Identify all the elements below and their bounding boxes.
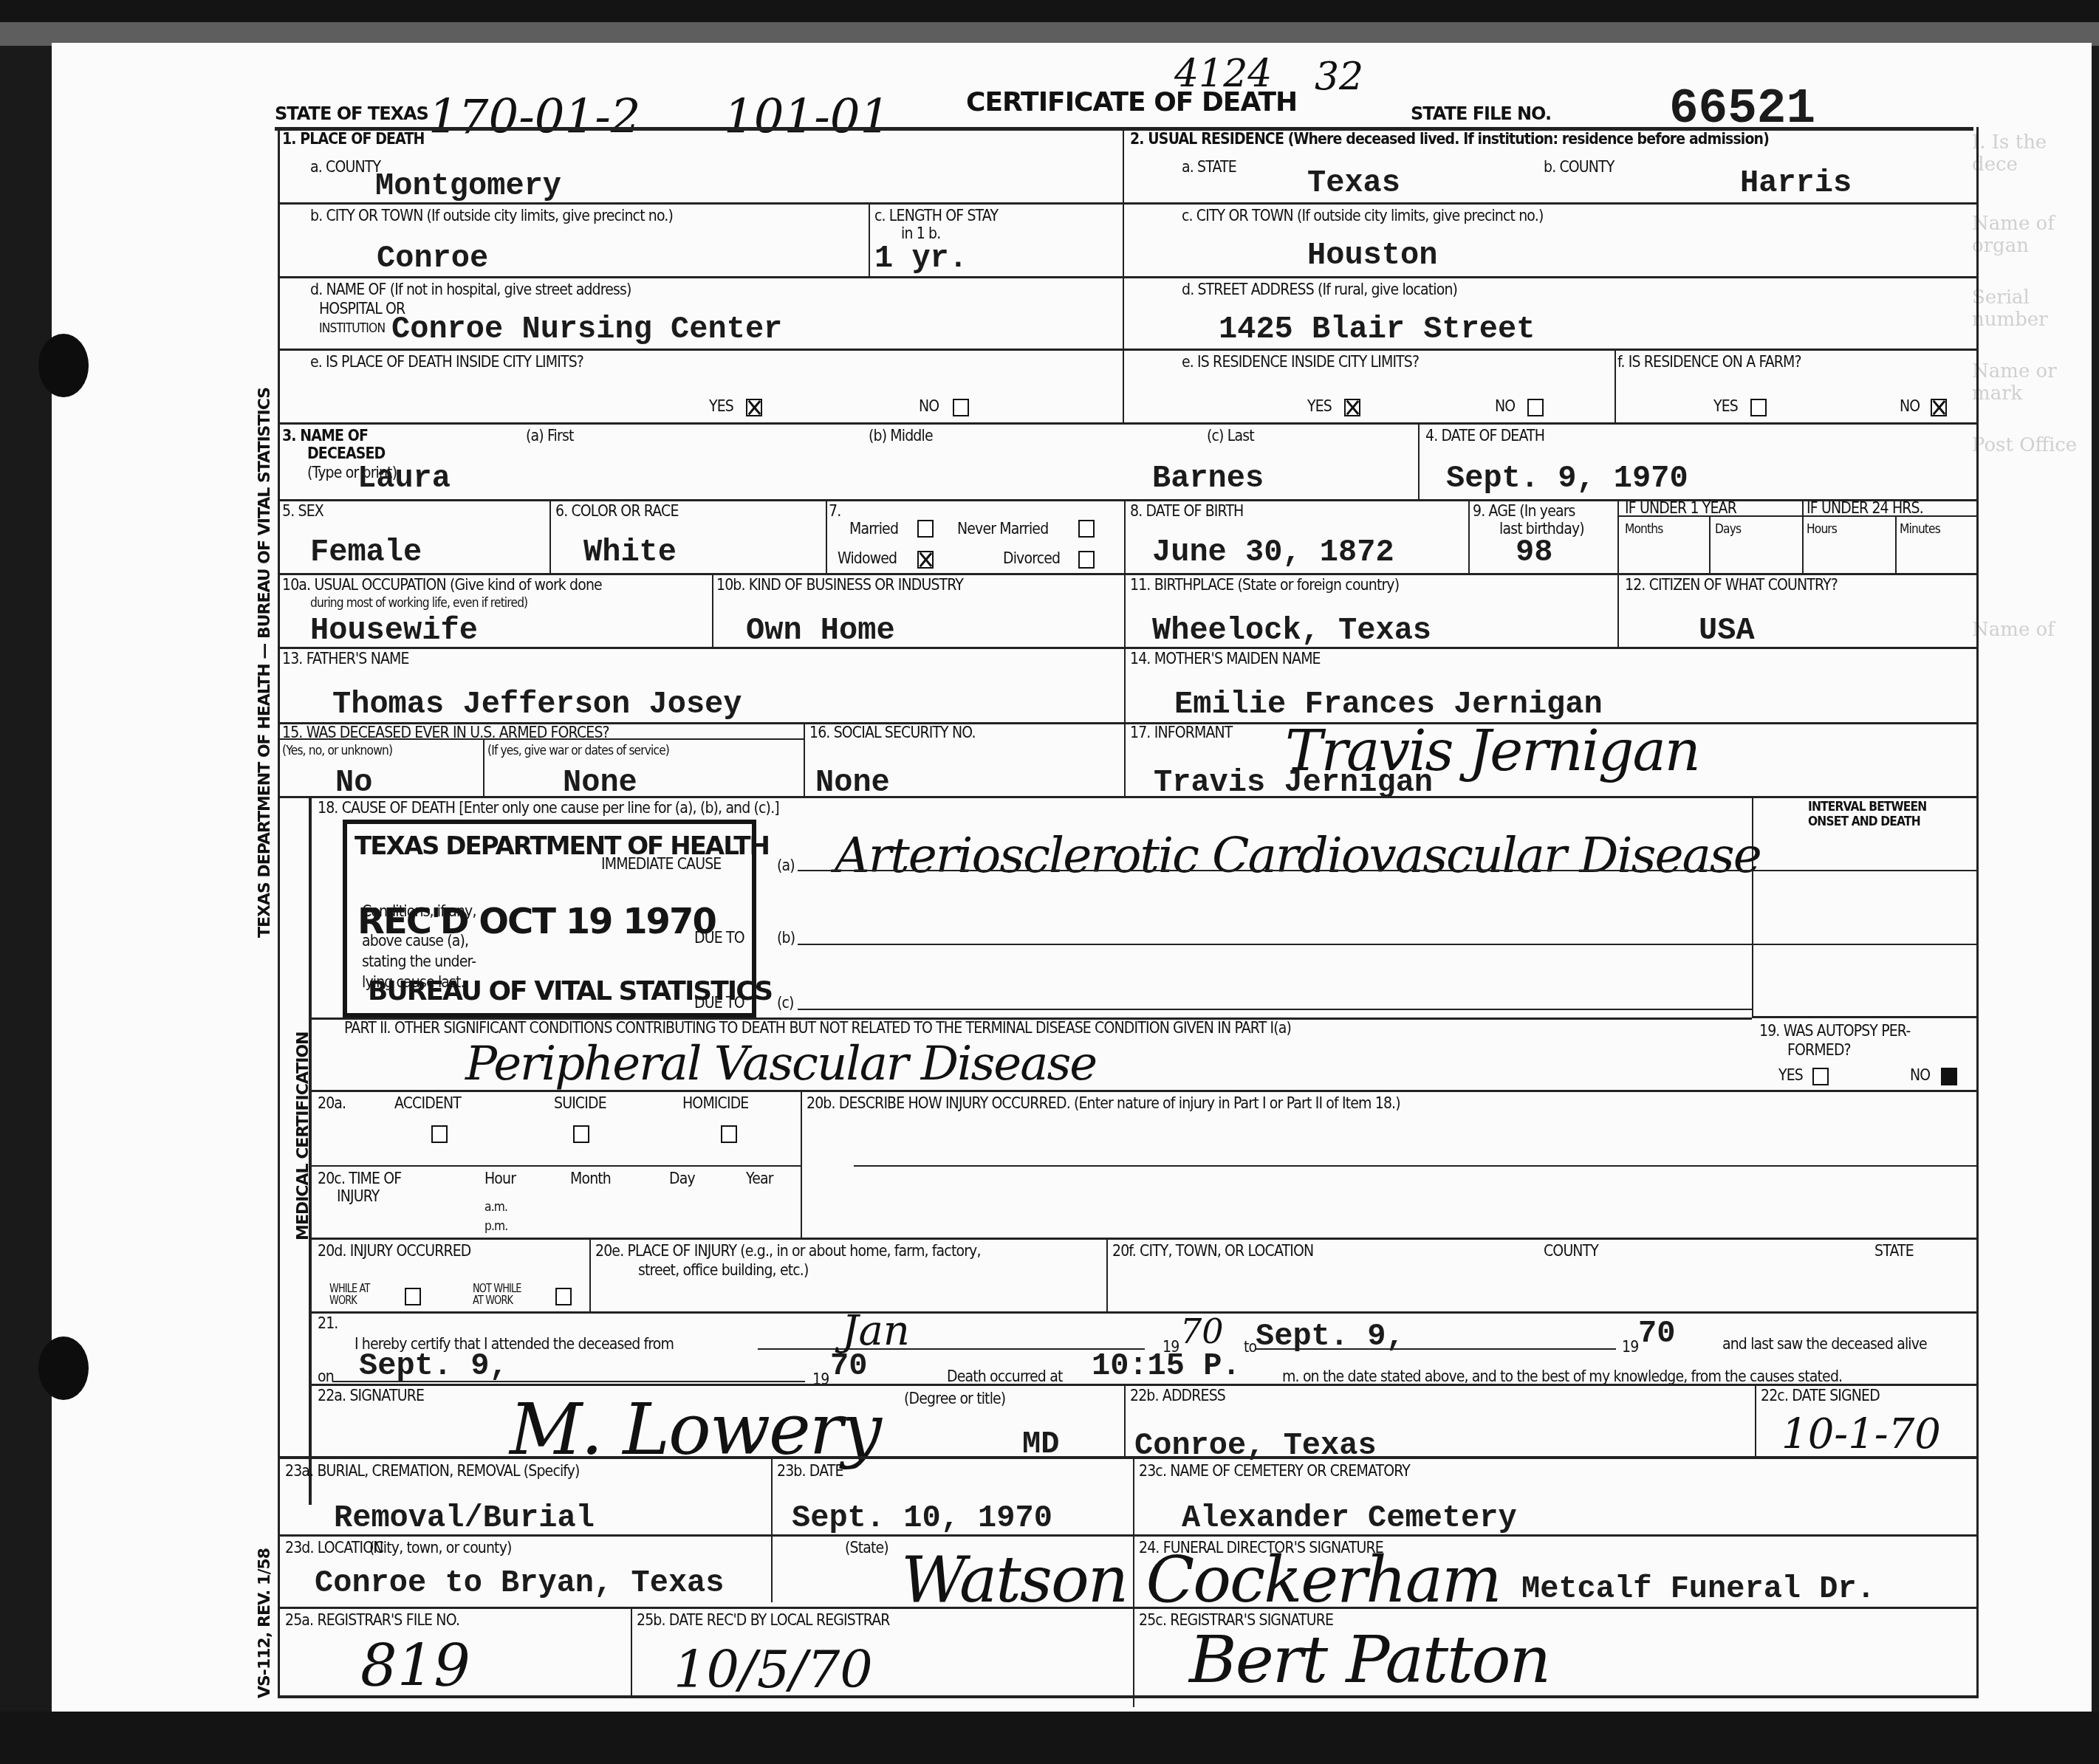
informant-signature: Travis Jernigan [1285, 718, 1699, 783]
value-ssn: None [815, 765, 890, 800]
label-father: 13. FATHER'S NAME [282, 650, 409, 668]
divider [1709, 515, 1711, 573]
value-hospital: Conroe Nursing Center [391, 312, 782, 347]
divider [1124, 647, 1126, 722]
value-res-state: Texas [1307, 165, 1400, 201]
value-last-seen-date: Sept. 9, [359, 1348, 508, 1384]
label-a: (a) [777, 857, 795, 875]
value-father: Thomas Jefferson Josey [332, 687, 742, 722]
side-label-form-id: VS-112, REV. 1/58 [256, 1548, 274, 1698]
label-day: Day [669, 1170, 695, 1188]
registrar-signature: Bert Patton [1189, 1621, 1550, 1698]
label-degree: (Degree or title) [904, 1390, 1005, 1408]
label-marital: 7. [829, 502, 840, 521]
label-20a: 20a. [318, 1094, 346, 1113]
value-armed: No [335, 765, 372, 800]
row-line [279, 738, 804, 740]
handwritten-top-2: 32 [1315, 55, 1363, 99]
label-year: Year [746, 1170, 773, 1188]
value-death-city: Conroe [377, 241, 488, 276]
label-length-of-stay: c. LENGTH OF STAY [874, 207, 998, 225]
value-occupation: Housewife [310, 613, 478, 648]
label-age-1: 9. AGE (In years [1473, 502, 1575, 521]
label-homicide: HOMICIDE [682, 1094, 748, 1113]
checkbox-res-inside-yes[interactable] [1344, 399, 1360, 416]
divider [1124, 1384, 1126, 1456]
divider-section-1-2 [1123, 127, 1124, 422]
divider [1895, 515, 1897, 573]
value-res-city: Houston [1307, 238, 1437, 273]
row-line [279, 422, 1976, 425]
line-b [798, 944, 1752, 945]
label-burial: 23a. BURIAL, CREMATION, REMOVAL (Specify… [285, 1462, 580, 1480]
value-cemetery: Alexander Cemetery [1182, 1500, 1517, 1536]
side-label-department: TEXAS DEPARTMENT OF HEALTH — BUREAU OF V… [256, 388, 274, 938]
label-suicide: SUICIDE [554, 1094, 606, 1113]
label-am: a.m. [484, 1199, 507, 1215]
label-birthplace: 11. BIRTHPLACE (State or foreign country… [1130, 576, 1399, 594]
row-line [279, 1534, 1976, 1537]
value-date-signed: 10-1-70 [1781, 1410, 1941, 1458]
value-birthplace: Wheelock, Texas [1152, 613, 1431, 648]
line-c [798, 1009, 1752, 1010]
label-location: 23d. LOCATION [285, 1539, 383, 1557]
value-mother: Emilie Frances Jernigan [1174, 687, 1603, 722]
divider [1124, 499, 1126, 573]
label-pm: p.m. [484, 1218, 507, 1234]
value-death-county: Montgomery [375, 168, 561, 204]
label-c: (c) [777, 994, 794, 1012]
label-address: 22b. ADDRESS [1130, 1387, 1225, 1405]
row-line [310, 1238, 1976, 1240]
label-registrar-date: 25b. DATE REC'D BY LOCAL REGISTRAR [637, 1611, 890, 1630]
label-minutes: Minutes [1900, 521, 1940, 537]
state-file-label: STATE FILE NO. [1411, 103, 1551, 124]
label-farm: f. IS RESIDENCE ON A FARM? [1617, 353, 1801, 371]
label-no: NO [1900, 397, 1920, 416]
checkbox-autopsy-yes[interactable] [1812, 1068, 1829, 1085]
label-mother: 14. MOTHER'S MAIDEN NAME [1130, 650, 1321, 668]
label-race: 6. COLOR OR RACE [555, 502, 679, 521]
frame-left-line [278, 127, 280, 1698]
checkbox-not-while-at-work[interactable] [555, 1288, 572, 1305]
label-location-state: (State) [845, 1539, 888, 1557]
value-sex: Female [310, 535, 422, 570]
label-armed-sub-1: (Yes, no, or unknown) [282, 743, 392, 758]
row-line [279, 1456, 1976, 1459]
label-widowed: Widowed [838, 549, 897, 568]
label-20b: 20b. DESCRIBE HOW INJURY OCCURRED. (Ente… [807, 1094, 1400, 1113]
divider [1617, 499, 1619, 573]
label-county: a. COUNTY [310, 158, 380, 176]
medical-section-divider [309, 796, 312, 1505]
label-interval-1: INTERVAL BETWEEN [1808, 799, 1926, 814]
label-death-city: b. CITY OR TOWN (If outside city limits,… [310, 207, 673, 225]
value-res-county: Harris [1740, 165, 1852, 201]
label-hour: Hour [484, 1170, 516, 1188]
label-armed-sub-2: (If yes, give war or dates of service) [487, 743, 669, 758]
checkbox-autopsy-no[interactable] [1941, 1068, 1957, 1085]
value-age: 98 [1516, 535, 1552, 570]
divider [1124, 722, 1126, 796]
label-middle: (b) Middle [869, 427, 933, 445]
label-place-of-death: 1. PLACE OF DEATH [282, 130, 424, 148]
label-injury-county: COUNTY [1544, 1242, 1598, 1260]
divider [549, 499, 551, 573]
value-burial-date: Sept. 10, 1970 [792, 1500, 1052, 1536]
divider [1615, 349, 1616, 422]
label-usual-residence: 2. USUAL RESIDENCE (Where deceased lived… [1130, 130, 1769, 148]
value-immediate-cause: Arteriosclerotic Cardiovascular Disease [835, 827, 1761, 884]
value-race: White [583, 535, 677, 570]
bleed-through-text: Post Office [1972, 434, 2077, 456]
label-days: Days [1715, 521, 1741, 537]
stamp-line-2: REC'D OCT 19 1970 [357, 901, 716, 942]
label-yes: YES [709, 397, 733, 416]
label-to: to [1244, 1338, 1256, 1356]
label-cause: 18. CAUSE OF DEATH [Enter only one cause… [318, 799, 779, 817]
divider [589, 1238, 591, 1311]
bleed-through-text: Name of organ [1972, 213, 2092, 257]
checkbox-farm-no[interactable] [1931, 399, 1947, 416]
label-20e-1: 20e. PLACE OF INJURY (e.g., in or about … [595, 1242, 981, 1260]
state-label: STATE OF TEXAS [275, 103, 428, 124]
bleed-through-text: Name of [1972, 619, 2055, 641]
label-dob: 8. DATE OF BIRTH [1130, 502, 1243, 521]
label-autopsy-1: 19. WAS AUTOPSY PER- [1759, 1022, 1910, 1040]
label-informant: 17. INFORMANT [1130, 724, 1233, 742]
checkbox-widowed[interactable] [917, 551, 934, 569]
label-res-state: a. STATE [1182, 158, 1236, 176]
label-cemetery: 23c. NAME OF CEMETERY OR CREMATORY [1139, 1462, 1410, 1480]
label-registrar-file: 25a. REGISTRAR'S FILE NO. [285, 1611, 459, 1630]
checkbox-death-inside-yes[interactable] [746, 399, 762, 416]
label-19-to: 19 [1622, 1338, 1638, 1356]
label-res-city: c. CITY OR TOWN (If outside city limits,… [1182, 207, 1543, 225]
value-dob: June 30, 1872 [1152, 535, 1394, 570]
line-a [798, 870, 1752, 871]
line-on [332, 1381, 805, 1382]
value-last-name: Barnes [1152, 461, 1264, 496]
label-res-county: b. COUNTY [1544, 158, 1615, 176]
label-yes: YES [1307, 397, 1332, 416]
punch-hole [38, 1336, 89, 1400]
label-yes: YES [1778, 1066, 1803, 1085]
label-first: (a) First [526, 427, 573, 445]
label-20f: 20f. CITY, TOWN, OR LOCATION [1112, 1242, 1313, 1260]
checkbox-res-inside-no[interactable] [1527, 399, 1544, 416]
divider [1124, 573, 1126, 647]
frame-bottom-line [279, 1695, 1976, 1698]
label-20d: 20d. INJURY OCCURRED [318, 1242, 471, 1260]
label-date-signed: 22c. DATE SIGNED [1761, 1387, 1880, 1405]
label-accident: ACCIDENT [394, 1094, 461, 1113]
line-to [1256, 1348, 1616, 1350]
label-19-on: 19 [812, 1370, 829, 1389]
line-from [758, 1348, 1145, 1350]
label-res-inside: e. IS RESIDENCE INSIDE CITY LIMITS? [1182, 353, 1419, 371]
value-registrar-file: 819 [360, 1633, 470, 1700]
value-business: Own Home [746, 613, 895, 648]
scan-bottom-border [0, 1712, 2099, 1764]
value-to-year: 70 [1638, 1316, 1675, 1351]
handwritten-top-1: 4124 [1174, 52, 1272, 96]
label-autopsy-2: FORMED? [1787, 1041, 1851, 1060]
row-line [279, 647, 1976, 649]
checkbox-never-married[interactable] [1078, 520, 1095, 538]
row-line [279, 202, 1976, 205]
value-res-street: 1425 Blair Street [1219, 312, 1535, 347]
divider [483, 738, 484, 796]
label-res-street: d. STREET ADDRESS (If rural, give locati… [1182, 281, 1457, 299]
divider [1617, 573, 1619, 647]
row-line [310, 1384, 1976, 1386]
stamp-line-3: BUREAU OF VITAL STATISTICS [368, 976, 772, 1006]
divider [826, 499, 827, 573]
label-hospital-1: d. NAME OF (If not in hospital, give str… [310, 281, 631, 299]
label-occupation-2: during most of working life, even if ret… [310, 595, 527, 611]
label-no: NO [919, 397, 939, 416]
divider [631, 1607, 632, 1698]
frame-right-line [1976, 127, 1979, 1698]
label-divorced: Divorced [1003, 549, 1060, 568]
label-last: (c) Last [1207, 427, 1254, 445]
value-time-of-death: 10:15 P. [1092, 1348, 1241, 1384]
received-stamp: TEXAS DEPARTMENT OF HEALTH REC'D OCT 19 … [343, 820, 756, 1017]
bleed-through-text: Serial number [1972, 286, 2092, 331]
divider [771, 1456, 773, 1602]
label-never-married: Never Married [957, 520, 1048, 538]
line-b-interval [1752, 944, 1976, 945]
divider [1106, 1238, 1108, 1311]
label-while-work-2: WORK [329, 1294, 357, 1307]
value-funeral-home: Metcalf Funeral Dr. [1521, 1571, 1875, 1607]
row-line [310, 1311, 1976, 1314]
row-line [1617, 515, 1976, 517]
label-burial-date: 23b. DATE [777, 1462, 843, 1480]
stamp-line-1: TEXAS DEPARTMENT OF HEALTH [355, 831, 769, 861]
divider [1802, 499, 1804, 573]
divider [804, 722, 805, 796]
divider [869, 202, 870, 276]
label-interval-2: ONSET AND DEATH [1808, 814, 1920, 829]
label-inside-limits: e. IS PLACE OF DEATH INSIDE CITY LIMITS? [310, 353, 583, 371]
label-business: 10b. KIND OF BUSINESS OR INDUSTRY [716, 576, 963, 594]
label-injury-state: STATE [1874, 1242, 1914, 1260]
label-sex: 5. SEX [282, 502, 323, 521]
value-citizen: USA [1699, 613, 1755, 648]
value-last-seen-year: 70 [830, 1348, 867, 1384]
label-date-of-death: 4. DATE OF DEATH [1425, 427, 1544, 445]
value-burial: Removal/Burial [334, 1500, 595, 1536]
handwritten-code-1: 170-01-2 [428, 90, 641, 145]
value-location: Conroe to Bryan, Texas [315, 1565, 725, 1601]
value-part2: Peripheral Vascular Disease [465, 1037, 1096, 1091]
divider [712, 573, 713, 647]
label-20c-2: INJURY [337, 1187, 379, 1206]
label-part2: PART II. OTHER SIGNIFICANT CONDITIONS CO… [344, 1019, 1291, 1037]
checkbox-accident[interactable] [431, 1125, 448, 1143]
row-line [310, 1165, 801, 1167]
checkbox-homicide[interactable] [721, 1125, 737, 1143]
row-line [279, 1607, 1976, 1609]
divider [801, 1090, 802, 1238]
row-line [310, 1090, 1976, 1092]
value-from-year: 70 [1180, 1311, 1224, 1351]
handwritten-code-2: 101-01 [724, 90, 890, 145]
value-length-of-stay: 1 yr. [874, 241, 968, 276]
checkbox-while-at-work[interactable] [405, 1288, 421, 1305]
funeral-director-signature: Watson Cockerham [901, 1543, 1500, 1617]
text-last-saw: and last saw the deceased alive [1722, 1335, 1927, 1353]
row-line [1752, 1016, 1976, 1018]
row-line [279, 349, 1976, 351]
divider [1418, 422, 1420, 499]
label-20c-1: 20c. TIME OF [318, 1170, 401, 1188]
label-yes: YES [1713, 397, 1738, 416]
label-21: 21. [318, 1314, 338, 1333]
line-a-interval [1752, 870, 1976, 871]
checkbox-divorced[interactable] [1078, 551, 1095, 569]
checkbox-married[interactable] [917, 520, 934, 538]
label-months: Months [1625, 521, 1663, 537]
label-married: Married [849, 520, 898, 538]
value-armed-service: None [563, 765, 637, 800]
label-signature: 22a. SIGNATURE [318, 1387, 424, 1405]
label-no: NO [1910, 1066, 1930, 1085]
row-line [279, 276, 1976, 278]
value-first-name: Laura [357, 461, 451, 496]
label-name-1: 3. NAME OF [282, 427, 368, 445]
label-month: Month [570, 1170, 611, 1188]
checkbox-death-inside-no[interactable] [953, 399, 969, 416]
label-ssn: 16. SOCIAL SECURITY NO. [809, 724, 976, 742]
label-b: (b) [777, 929, 795, 947]
label-20e-2: street, office building, etc.) [638, 1261, 808, 1280]
divider [1755, 1384, 1756, 1456]
bleed-through-text: I. Is the dece [1972, 131, 2092, 176]
divider [1468, 499, 1470, 573]
bleed-through-text: Name or mark [1972, 360, 2092, 405]
row-line [279, 573, 1976, 575]
checkbox-farm-yes[interactable] [1750, 399, 1767, 416]
label-no: NO [1495, 397, 1515, 416]
punch-hole [38, 334, 89, 397]
line-20b [854, 1165, 1976, 1167]
label-location-city: (City, town, or county) [369, 1539, 512, 1557]
value-date-of-death: Sept. 9, 1970 [1446, 461, 1688, 496]
label-hospital-3: INSTITUTION [319, 320, 385, 336]
label-occupation-1: 10a. USUAL OCCUPATION (Give kind of work… [282, 576, 602, 594]
label-citizen: 12. CITIZEN OF WHAT COUNTRY? [1625, 576, 1838, 594]
value-registrar-date: 10/5/70 [674, 1639, 873, 1700]
checkbox-suicide[interactable] [573, 1125, 589, 1143]
label-hours: Hours [1807, 521, 1837, 537]
label-not-while-2: AT WORK [473, 1294, 513, 1307]
row-line [279, 796, 1976, 798]
